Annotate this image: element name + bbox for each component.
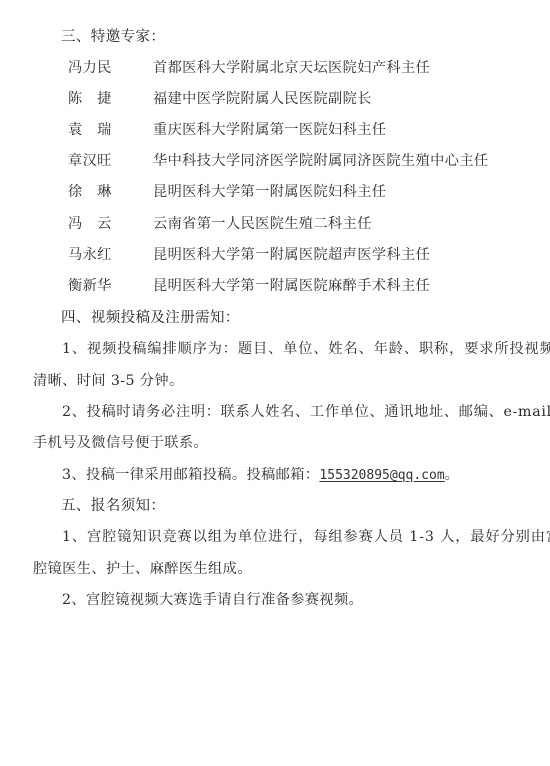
expert-title: 首都医科大学附属北京天坛医院妇产科主任 (153, 58, 430, 78)
expert-title: 华中科技大学同济医学院附属同济医院生殖中心主任 (153, 151, 489, 171)
submission-item-3-text: 3、投稿一律采用邮箱投稿。投稿邮箱： (62, 467, 319, 483)
expert-title: 昆明医科大学第一附属医院麻醉手术科主任 (153, 276, 430, 296)
expert-name: 衡新华 (68, 276, 138, 296)
registration-item-1: 1、宫腔镜知识竞赛以组为单位进行，每组参赛人员 1-3 人，最好分别由宫 (62, 527, 550, 547)
expert-name: 章汉旺 (68, 151, 138, 171)
section-heading-invited-experts: 三、特邀专家： (61, 27, 165, 47)
expert-title: 福建中医学院附属人民医院副院长 (153, 89, 372, 109)
expert-name: 徐 琳 (68, 182, 138, 202)
section-heading-video-submission: 四、视频投稿及注册需知： (61, 308, 240, 328)
submission-email-link[interactable]: 155320895@qq.com (319, 468, 444, 483)
registration-item-2: 2、宫腔镜视频大赛选手请自行准备参赛视频。 (62, 590, 363, 610)
expert-name: 冯 云 (68, 214, 138, 234)
document-page: 三、特邀专家： 冯力民 首都医科大学附属北京天坛医院妇产科主任 陈 捷 福建中医… (0, 0, 550, 766)
submission-item-2: 2、投稿时请务必注明：联系人姓名、工作单位、通讯地址、邮编、e-mail、 (62, 402, 550, 422)
expert-name: 马永红 (68, 245, 138, 265)
period: 。 (445, 467, 460, 483)
submission-item-1: 1、视频投稿编排顺序为：题目、单位、姓名、年龄、职称，要求所投视频 (62, 339, 514, 359)
expert-name: 冯力民 (68, 58, 138, 78)
expert-name: 袁 瑞 (68, 120, 138, 140)
section-heading-registration: 五、报名须知： (61, 496, 165, 516)
expert-title: 重庆医科大学附属第一医院妇科主任 (153, 120, 386, 140)
expert-name: 陈 捷 (68, 89, 138, 109)
submission-item-3: 3、投稿一律采用邮箱投稿。投稿邮箱：155320895@qq.com。 (62, 465, 459, 485)
submission-item-1-cont: 清晰、时间 3-5 分钟。 (33, 371, 184, 391)
expert-title: 云南省第一人民医院生殖二科主任 (153, 214, 372, 234)
expert-title: 昆明医科大学第一附属医院超声医学科主任 (153, 245, 430, 265)
expert-title: 昆明医科大学第一附属医院妇科主任 (153, 182, 386, 202)
registration-item-1-cont: 腔镜医生、护士、麻醉医生组成。 (33, 559, 252, 579)
submission-item-2-cont: 手机号及微信号便于联系。 (33, 433, 208, 453)
